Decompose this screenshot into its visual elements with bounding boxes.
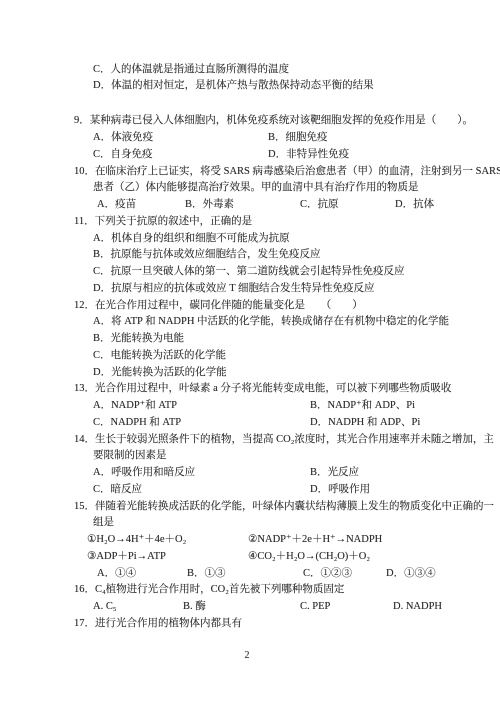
question-8-continuation: C．人的体温就是指通过直肠所测得的温度 D．体温的相对恒定，是机体产热与散热保持… — [74, 62, 486, 96]
option-b: B．①③ — [187, 566, 226, 583]
option-d: D．抗体 — [395, 197, 434, 214]
question-15: 15．伴随着光能转换成活跃的化学能，叶绿体内囊状结构薄膜上发生的物质变化中正确的… — [74, 499, 486, 583]
option-d: D．光能转换为活跃的化学能 — [93, 365, 486, 382]
option-b: B．光能转换为电能 — [93, 331, 486, 348]
option-b: B．抗原能与抗体或效应细胞结合，发生免疫反应 — [93, 247, 486, 264]
option-a: A．NADP⁺和 ATP — [93, 398, 177, 415]
option-b: B．NADP⁺和 ADP、Pi — [310, 398, 415, 415]
formula-4: ④CO₂＋H₂O→(CH₂O)＋O₂ — [248, 549, 370, 566]
option-c: C. PEP — [300, 599, 330, 616]
question-17: 17．进行光合作用的植物体内都具有 — [74, 616, 486, 633]
question-12: 12．在光合作用过程中，碳同化伴随的能量变化是 （ ） A．将 ATP 和 NA… — [74, 298, 486, 382]
question-13: 13．光合作用过程中，叶绿素 a 分子将光能转变成电能，可以被下列哪些物质吸收 … — [74, 381, 486, 431]
question-9: 9．某种病毒已侵入人体细胞内，机体免疫系统对该靶细胞发挥的免疫作用是（ ）。 A… — [74, 113, 486, 163]
option-row: A．体液免疫 B．细胞免疫 — [74, 130, 486, 147]
question-stem-line1: 14．生长于较弱光照条件下的植物，当提高 CO₂浓度时，其光合作用速率并未随之增… — [74, 432, 486, 449]
option-c: C．电能转换为活跃的化学能 — [93, 348, 486, 365]
option-d: D．非特异性免疫 — [268, 147, 349, 164]
question-stem: 9．某种病毒已侵入人体细胞内，机体免疫系统对该靶细胞发挥的免疫作用是（ ）。 — [74, 113, 486, 130]
option-row: C．自身免疫 D．非特异性免疫 — [74, 147, 486, 164]
option-c: C．NADPH 和 ATP — [93, 415, 181, 432]
option-a: A．①④ — [97, 566, 136, 583]
option-a: A．将 ATP 和 NADPH 中活跃的化学能，转换成储存在有机物中稳定的化学能 — [93, 314, 486, 331]
question-stem: 11．下列关于抗原的叙述中，正确的是 — [74, 214, 486, 231]
option-row: A．NADP⁺和 ATP B．NADP⁺和 ADP、Pi — [74, 398, 486, 415]
option-b: B．外毒素 — [185, 197, 234, 214]
option-c: C．抗原 — [300, 197, 339, 214]
option-d: D．①③④ — [386, 566, 436, 583]
question-stem-line1: 10．在临床治疗上已证实，将受 SARS 病毒感染后治愈患者（甲）的血清，注射到… — [74, 164, 486, 181]
question-stem: 13．光合作用过程中，叶绿素 a 分子将光能转变成电能，可以被下列哪些物质吸收 — [74, 381, 486, 398]
option-d: D．抗原与相应的抗体或效应 T 细胞结合发生特异性免疫反应 — [93, 281, 486, 298]
option-row: A．疫苗 B．外毒素 C．抗原 D．抗体 — [74, 197, 486, 214]
option-b: B．光反应 — [310, 465, 359, 482]
formula-row: ③ADP＋Pi→ATP ④CO₂＋H₂O→(CH₂O)＋O₂ — [74, 549, 486, 566]
option-c: C．①②③ — [303, 566, 352, 583]
question-stem-line2: 要限制的因素是 — [93, 448, 486, 465]
question-16: 16．C₄植物进行光合作用时，CO₂首先被下列哪种物质固定 A. C₅ B. 酶… — [74, 582, 486, 616]
question-14: 14．生长于较弱光照条件下的植物，当提高 CO₂浓度时，其光合作用速率并未随之增… — [74, 432, 486, 499]
option-row: C．暗反应 D．呼吸作用 — [74, 482, 486, 499]
exam-content: C．人的体温就是指通过直肠所测得的温度 D．体温的相对恒定，是机体产热与散热保持… — [74, 62, 486, 633]
option-d: D. NADPH — [393, 599, 442, 616]
page-number: 2 — [0, 650, 494, 661]
formula-2: ②NADP⁺＋2e＋H⁺→NADPH — [248, 532, 382, 549]
exam-page: C．人的体温就是指通过直肠所测得的温度 D．体温的相对恒定，是机体产热与散热保持… — [0, 0, 500, 707]
question-stem: 12．在光合作用过程中，碳同化伴随的能量变化是 （ ） — [74, 298, 486, 315]
option-row: A．呼吸作用和暗反应 B．光反应 — [74, 465, 486, 482]
option-c: C．暗反应 — [93, 482, 142, 499]
option-d: D．NADPH 和 ADP、Pi — [310, 415, 420, 432]
question-11: 11．下列关于抗原的叙述中，正确的是 A．机体自身的组织和细胞不可能成为抗原 B… — [74, 214, 486, 298]
option-row: A．①④ B．①③ C．①②③ D．①③④ — [74, 566, 486, 583]
question-stem-line2: 组是 — [93, 515, 486, 532]
option-d: D．呼吸作用 — [310, 482, 370, 499]
question-stem: 16．C₄植物进行光合作用时，CO₂首先被下列哪种物质固定 — [74, 582, 486, 599]
formula-1: ①H₂O→4H⁺＋4e＋O₂ — [87, 532, 186, 549]
question-stem-line1: 15．伴随着光能转换成活跃的化学能，叶绿体内囊状结构薄膜上发生的物质变化中正确的… — [74, 499, 486, 516]
formula-row: ①H₂O→4H⁺＋4e＋O₂ ②NADP⁺＋2e＋H⁺→NADPH — [74, 532, 486, 549]
question-stem-line2: 患者（乙）体内能够提高治疗效果。甲的血清中具有治疗作用的物质是 — [93, 180, 486, 197]
option-b: B．细胞免疫 — [268, 130, 328, 147]
question-stem: 17．进行光合作用的植物体内都具有 — [74, 616, 486, 633]
question-10: 10．在临床治疗上已证实，将受 SARS 病毒感染后治愈患者（甲）的血清，注射到… — [74, 164, 486, 214]
option-b: B. 酶 — [183, 599, 206, 616]
option-a: A．机体自身的组织和细胞不可能成为抗原 — [93, 231, 486, 248]
option-a: A．体液免疫 — [93, 130, 153, 147]
option-c: C．抗原一旦突破人体的第一、第二道防线就会引起特异性免疫反应 — [93, 264, 486, 281]
option-row: C．NADPH 和 ATP D．NADPH 和 ADP、Pi — [74, 415, 486, 432]
formula-3: ③ADP＋Pi→ATP — [87, 549, 166, 566]
option-c: C．人的体温就是指通过直肠所测得的温度 — [93, 62, 486, 79]
option-a: A．呼吸作用和暗反应 — [93, 465, 195, 482]
option-row: A. C₅ B. 酶 C. PEP D. NADPH — [74, 599, 486, 616]
option-c: C．自身免疫 — [93, 147, 153, 164]
option-a: A．疫苗 — [97, 197, 136, 214]
option-a: A. C₅ — [93, 599, 117, 616]
option-d: D．体温的相对恒定，是机体产热与散热保持动态平衡的结果 — [93, 78, 486, 95]
